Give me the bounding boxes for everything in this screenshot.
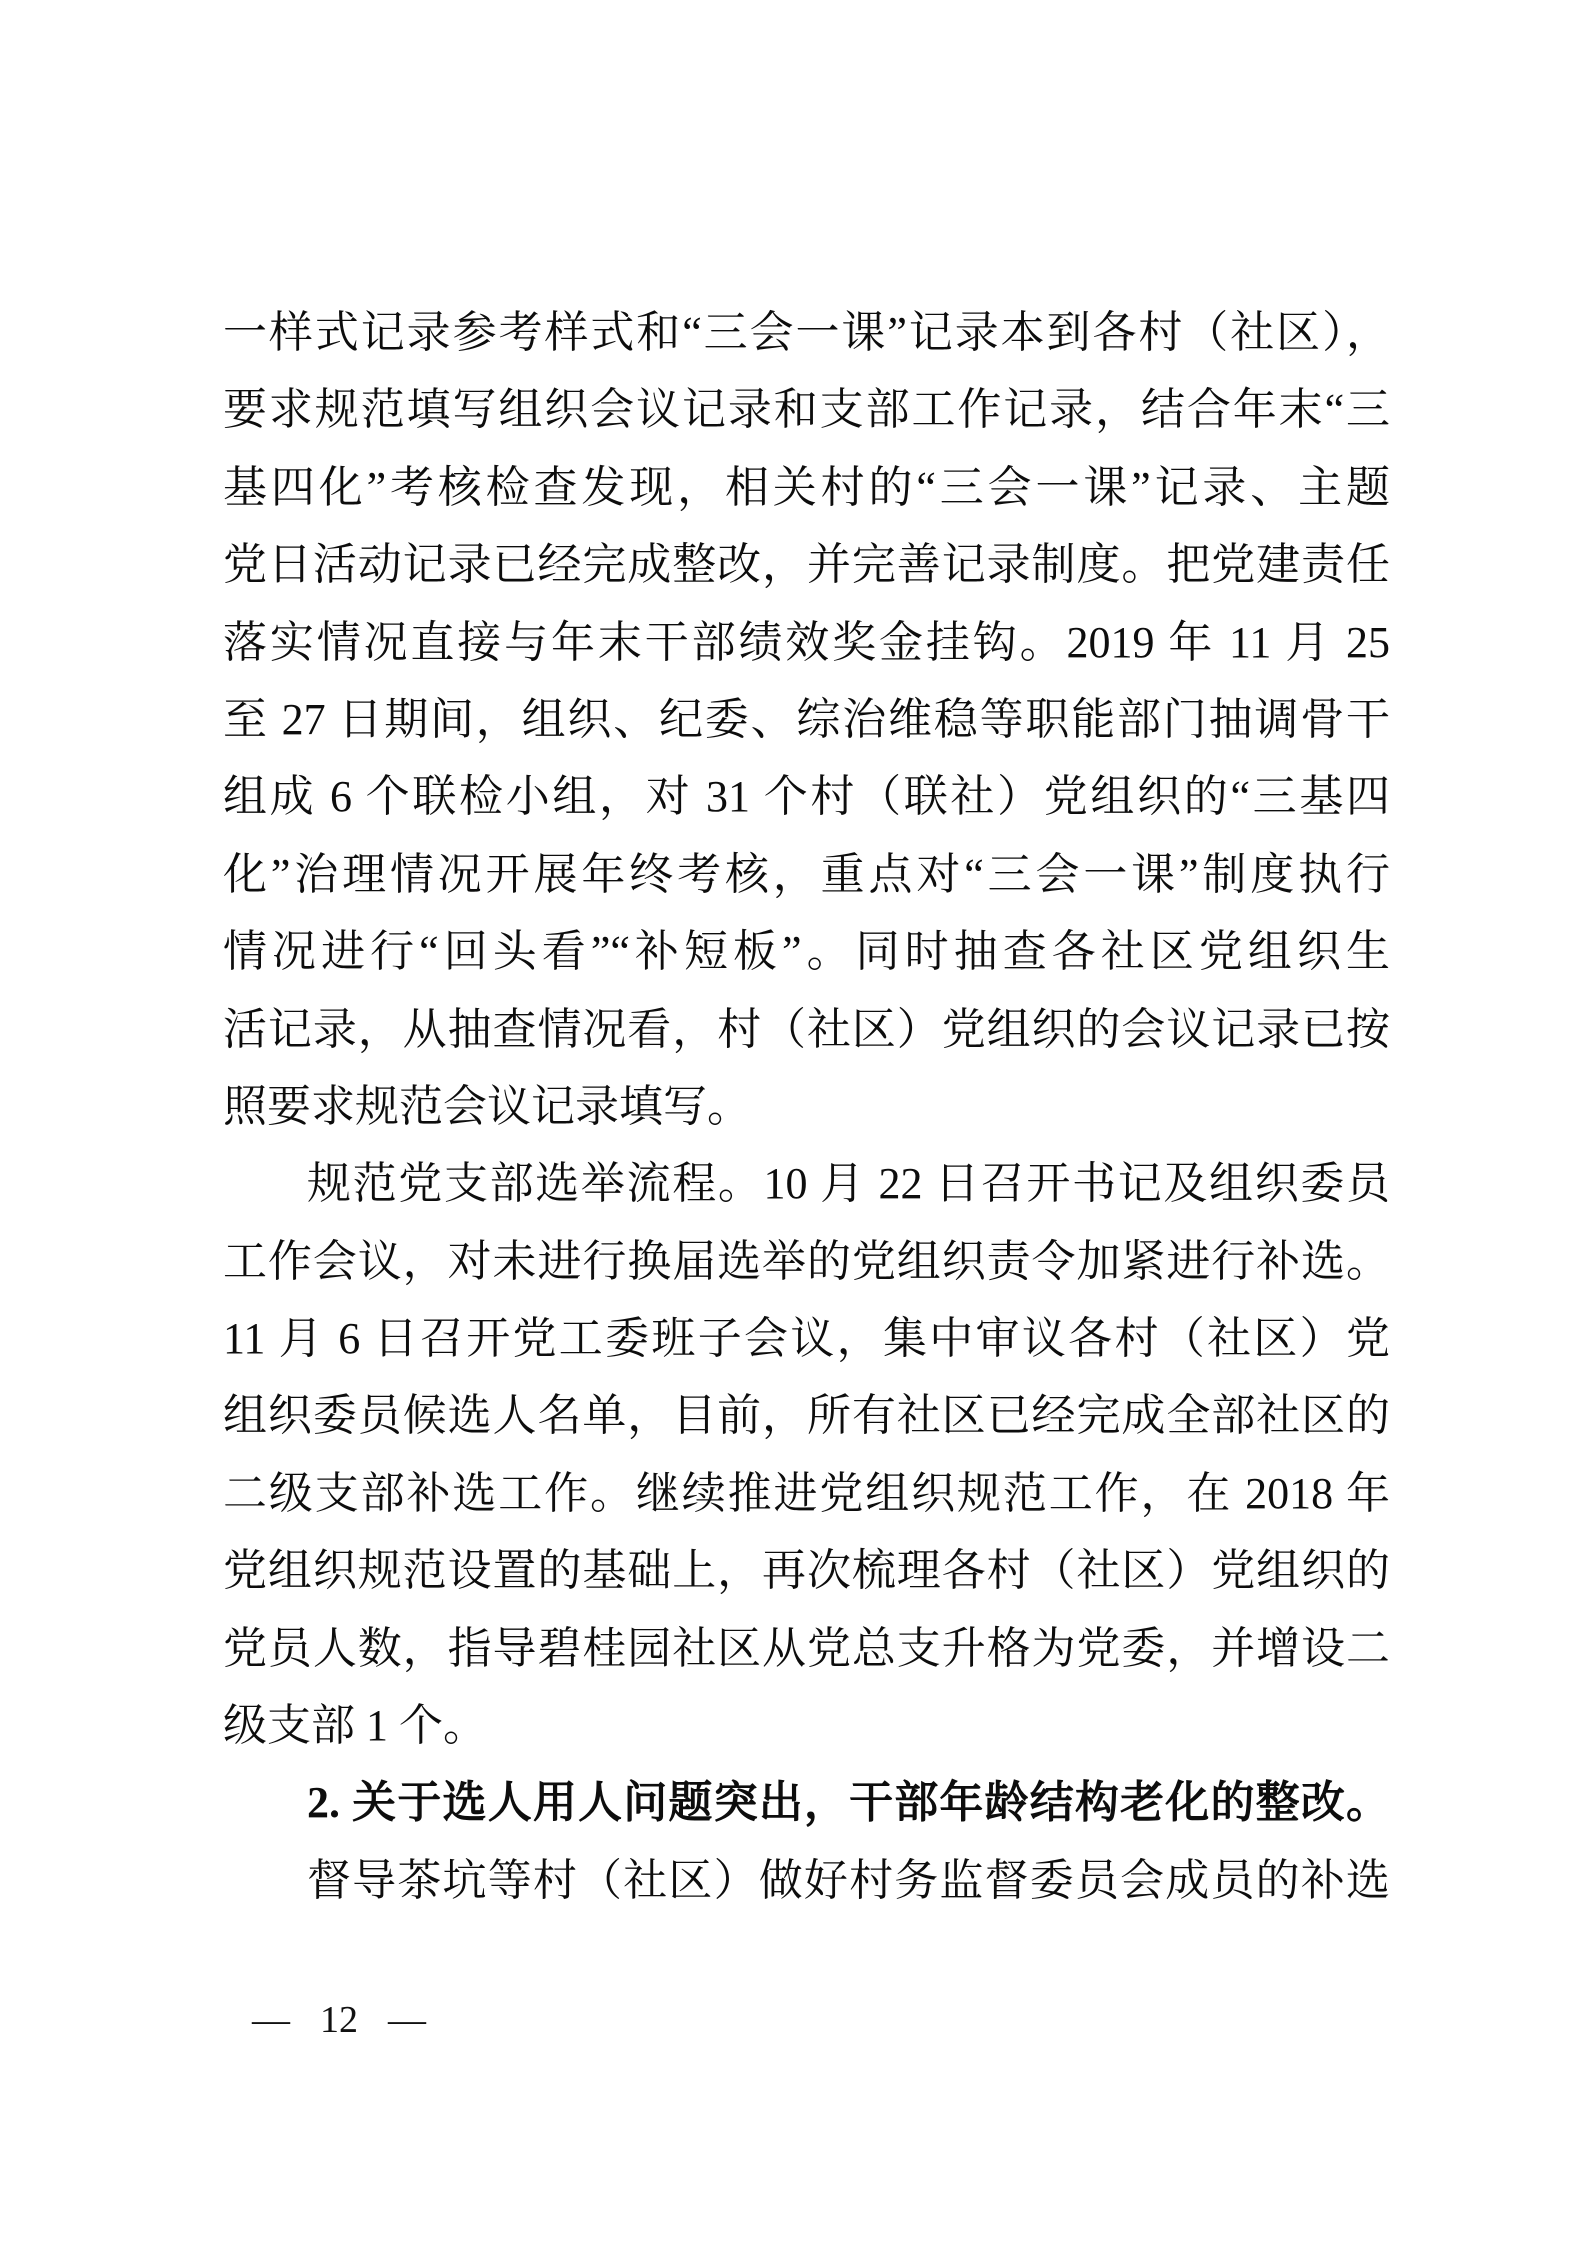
footer-dash-left: — xyxy=(252,1998,290,2042)
body-line: 工作会议，对未进行换届选举的党组织责令加紧进行补选。 xyxy=(223,1223,1390,1300)
body-line-paragraph-end: 照要求规范会议记录填写。 xyxy=(223,1068,1390,1145)
document-page: 一样式记录参考样式和“三会一课”记录本到各村（社区）， 要求规范填写组织会议记录… xyxy=(0,0,1587,2245)
page-footer: — 12 — xyxy=(252,1998,426,2042)
body-line: 情况进行“回头看”“补短板”。同时抽查各社区党组织生 xyxy=(223,913,1390,990)
body-line: 党组织规范设置的基础上，再次梳理各村（社区）党组织的 xyxy=(223,1532,1390,1609)
body-line: 党员人数，指导碧桂园社区从党总支升格为党委，并增设二 xyxy=(223,1610,1390,1687)
body-line: 活记录，从抽查情况看，村（社区）党组织的会议记录已按 xyxy=(223,991,1390,1068)
body-line: 组织委员候选人名单，目前，所有社区已经完成全部社区的 xyxy=(223,1377,1390,1454)
section-heading-line: 2. 关于选人用人问题突出，干部年龄结构老化的整改。 xyxy=(223,1764,1390,1841)
body-line-paragraph-start: 督导茶坑等村（社区）做好村务监督委员会成员的补选 xyxy=(223,1842,1390,1919)
body-line-paragraph-end: 级支部 1 个。 xyxy=(223,1687,1390,1764)
body-text: 一样式记录参考样式和“三会一课”记录本到各村（社区）， 要求规范填写组织会议记录… xyxy=(223,294,1390,1919)
body-line: 落实情况直接与年末干部绩效奖金挂钩。2019 年 11 月 25 xyxy=(223,604,1390,681)
body-line: 党日活动记录已经完成整改，并完善记录制度。把党建责任 xyxy=(223,526,1390,603)
body-line: 组成 6 个联检小组，对 31 个村（联社）党组织的“三基四 xyxy=(223,758,1390,835)
body-line: 一样式记录参考样式和“三会一课”记录本到各村（社区）， xyxy=(223,294,1390,371)
body-line: 基四化”考核检查发现，相关村的“三会一课”记录、主题 xyxy=(223,449,1390,526)
body-line: 至 27 日期间，组织、纪委、综治维稳等职能部门抽调骨干 xyxy=(223,681,1390,758)
footer-dash-right: — xyxy=(388,1998,426,2042)
body-line: 要求规范填写组织会议记录和支部工作记录，结合年末“三 xyxy=(223,371,1390,448)
body-line: 化”治理情况开展年终考核，重点对“三会一课”制度执行 xyxy=(223,836,1390,913)
body-line-paragraph-start: 规范党支部选举流程。10 月 22 日召开书记及组织委员 xyxy=(223,1145,1390,1222)
body-line: 二级支部补选工作。继续推进党组织规范工作，在 2018 年 xyxy=(223,1455,1390,1532)
body-line: 11 月 6 日召开党工委班子会议，集中审议各村（社区）党 xyxy=(223,1300,1390,1377)
page-number: 12 xyxy=(320,1998,358,2042)
